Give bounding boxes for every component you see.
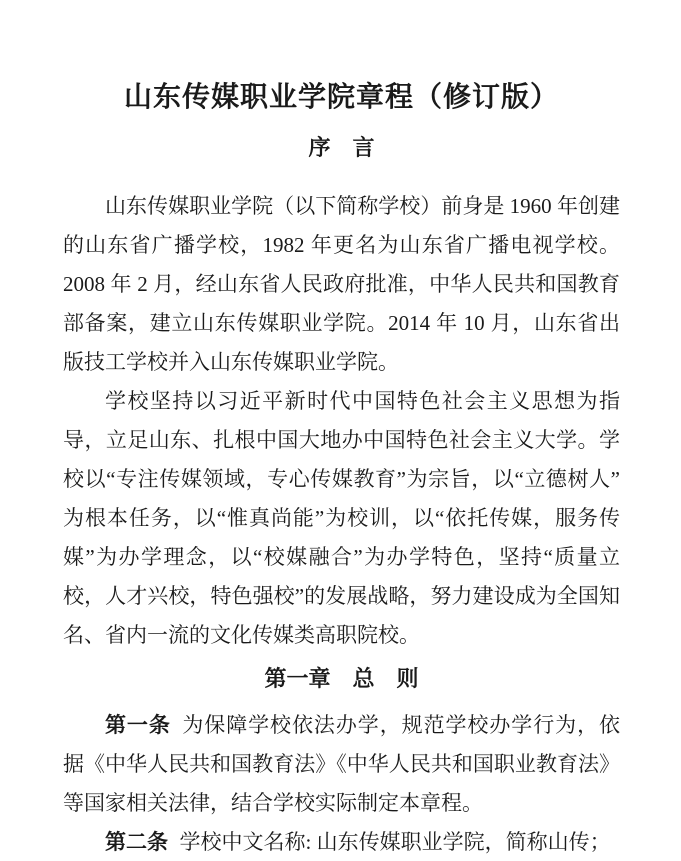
document-page: 山东传媒职业学院章程（修订版） 序 言 山东传媒职业学院（以下简称学校）前身是 … [0,0,681,861]
chapter-heading: 第一章 总 则 [63,659,620,698]
article-paragraph-2: 第二条学校中文名称: 山东传媒职业学院，简称山传； [63,823,620,861]
article-text-2: 学校中文名称: 山东传媒职业学院，简称山传； [180,830,611,854]
preface-paragraph-2: 学校坚持以习近平新时代中国特色社会主义思想为指导，立足山东、扎根中国大地办中国特… [63,382,620,655]
article-label-2: 第二条 [105,830,168,854]
article-paragraph-1: 第一条为保障学校依法办学，规范学校办学行为，依据《中华人民共和国教育法》《中华人… [63,706,620,823]
preface-paragraph-1: 山东传媒职业学院（以下简称学校）前身是 1960 年创建的山东省广播学校，198… [63,187,620,382]
preface-heading: 序 言 [63,128,620,167]
document-title: 山东传媒职业学院章程（修订版） [63,78,620,118]
article-label-1: 第一条 [105,713,171,737]
